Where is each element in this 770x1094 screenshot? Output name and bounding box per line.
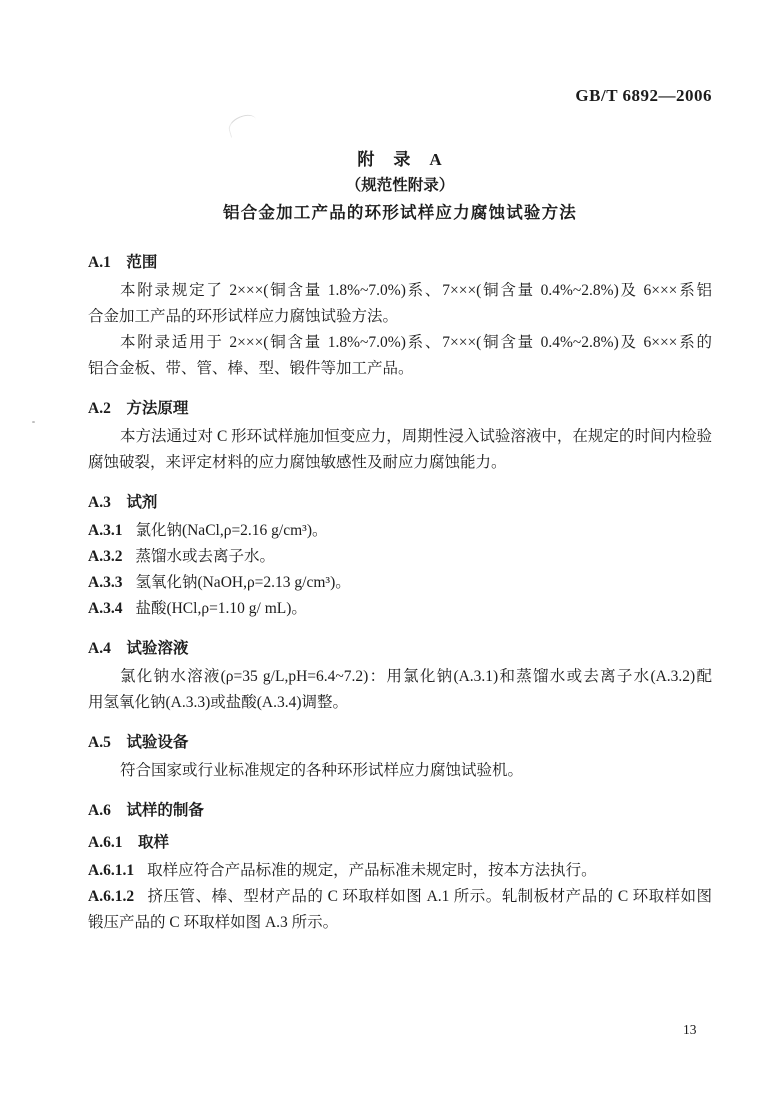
appendix-title: 铝合金加工产品的环形试样应力腐蚀试验方法 — [88, 199, 712, 226]
list-item: A.3.3氢氧化钠(NaOH,ρ=2.13 g/cm³)。 — [88, 570, 712, 596]
list-item: A.3.4盐酸(HCl,ρ=1.10 g/ mL)。 — [88, 596, 712, 622]
item-number: A.6.1.2 — [88, 888, 134, 905]
paragraph-line: 本方法通过对 C 形环试样施加恒变应力，周期性浸入试验溶液中，在规定的时间内检验… — [88, 424, 712, 450]
section-heading-a5: A.5 试验设备 — [88, 730, 712, 756]
list-item: A.6.1.1取样应符合产品标准的规定，产品标准未规定时，按本方法执行。 — [88, 858, 712, 884]
list-item: A.6.1.2挤压管、棒、型材产品的 C 环取样如图 A.1 所示。轧制板材产品… — [88, 884, 712, 910]
scan-dot-artifact — [32, 421, 35, 423]
item-number: A.3.2 — [88, 548, 122, 565]
page-content: GB/T 6892—2006 附 录 A （规范性附录） 铝合金加工产品的环形试… — [88, 0, 712, 936]
section-heading-a4: A.4 试验溶液 — [88, 636, 712, 662]
item-number: A.3.4 — [88, 600, 122, 617]
section-heading-a61: A.6.1 取样 — [88, 830, 712, 856]
paragraph-line: 锻压产品的 C 环取样如图 A.3 所示。 — [88, 910, 712, 936]
paragraph-line: 氯化钠水溶液(ρ=35 g/L,pH=6.4~7.2)：用氯化钠(A.3.1)和… — [88, 664, 712, 690]
document-page: GB/T 6892—2006 附 录 A （规范性附录） 铝合金加工产品的环形试… — [0, 0, 770, 1094]
item-text: 蒸馏水或去离子水。 — [135, 548, 275, 565]
list-item: A.3.2蒸馏水或去离子水。 — [88, 544, 712, 570]
section-heading-a3: A.3 试剂 — [88, 490, 712, 516]
page-number: 13 — [683, 1022, 697, 1038]
item-text: 氯化钠(NaCl,ρ=2.16 g/cm³)。 — [135, 522, 327, 539]
standard-number: GB/T 6892—2006 — [88, 86, 712, 106]
item-text: 取样应符合产品标准的规定，产品标准未规定时，按本方法执行。 — [147, 862, 597, 879]
paragraph-line: 合金加工产品的环形试样应力腐蚀试验方法。 — [88, 304, 712, 330]
appendix-title-block: 附 录 A （规范性附录） 铝合金加工产品的环形试样应力腐蚀试验方法 — [88, 146, 712, 226]
item-text: 挤压管、棒、型材产品的 C 环取样如图 A.1 所示。轧制板材产品的 C 环取样… — [88, 888, 712, 910]
paragraph-line: 用氢氧化钠(A.3.3)或盐酸(A.3.4)调整。 — [88, 690, 712, 716]
item-text: 氢氧化钠(NaOH,ρ=2.13 g/cm³)。 — [135, 574, 350, 591]
appendix-type: （规范性附录） — [88, 173, 712, 199]
item-text: 盐酸(HCl,ρ=1.10 g/ mL)。 — [135, 600, 306, 617]
section-heading-a1: A.1 范围 — [88, 250, 712, 276]
appendix-label: 附 录 A — [88, 146, 712, 173]
paragraph-line: 腐蚀破裂，来评定材料的应力腐蚀敏感性及耐应力腐蚀能力。 — [88, 450, 712, 476]
item-number: A.3.3 — [88, 574, 122, 591]
paragraph-line: 符合国家或行业标准规定的各种环形试样应力腐蚀试验机。 — [88, 758, 712, 784]
paragraph-line: 本附录适用于 2×××(铜含量 1.8%~7.0%)系、7×××(铜含量 0.4… — [88, 330, 712, 356]
section-heading-a2: A.2 方法原理 — [88, 396, 712, 422]
item-number: A.3.1 — [88, 522, 122, 539]
paragraph-line: 本附录规定了 2×××(铜含量 1.8%~7.0%)系、7×××(铜含量 0.4… — [88, 278, 712, 304]
section-heading-a6: A.6 试样的制备 — [88, 798, 712, 824]
item-number: A.6.1.1 — [88, 862, 134, 879]
paragraph-line: 铝合金板、带、管、棒、型、锻件等加工产品。 — [88, 356, 712, 382]
list-item: A.3.1氯化钠(NaCl,ρ=2.16 g/cm³)。 — [88, 518, 712, 544]
